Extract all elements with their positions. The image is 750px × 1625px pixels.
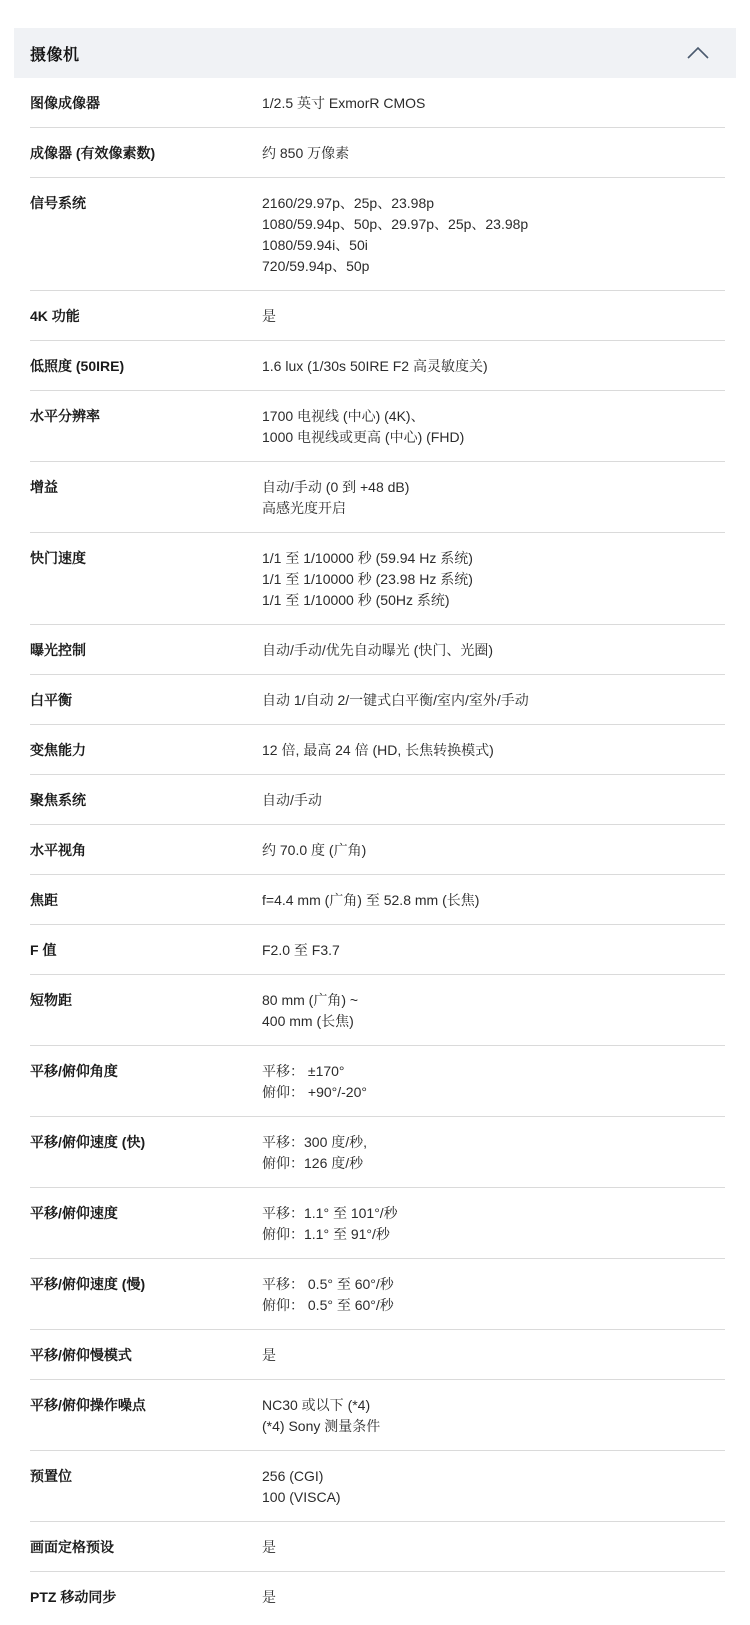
spec-values: 12 倍, 最高 24 倍 (HD, 长焦转换模式) bbox=[262, 740, 725, 761]
spec-label: 增益 bbox=[30, 477, 262, 498]
spec-value-line: 俯仰： +90°/-20° bbox=[262, 1082, 725, 1103]
spec-value-line: 1/1 至 1/10000 秒 (59.94 Hz 系统) bbox=[262, 548, 725, 569]
spec-value-line: 自动/手动 (0 到 +48 dB) bbox=[262, 477, 725, 498]
spec-label: F 值 bbox=[30, 940, 262, 961]
spec-values: 是 bbox=[262, 1587, 725, 1608]
spec-value-line: (*4) Sony 测量条件 bbox=[262, 1416, 725, 1437]
spec-row: 平移/俯仰速度 (快) 平移：300 度/秒,俯仰：126 度/秒 bbox=[30, 1117, 725, 1188]
spec-values: 1/1 至 1/10000 秒 (59.94 Hz 系统)1/1 至 1/100… bbox=[262, 548, 725, 611]
spec-row: 图像成像器 1/2.5 英寸 ExmorR CMOS bbox=[30, 78, 725, 128]
spec-values: 自动/手动 bbox=[262, 790, 725, 811]
spec-value-line: 256 (CGI) bbox=[262, 1466, 725, 1487]
spec-value-line: 俯仰：1.1° 至 91°/秒 bbox=[262, 1224, 725, 1245]
spec-value-line: NC30 或以下 (*4) bbox=[262, 1395, 725, 1416]
spec-values: 自动/手动/优先自动曝光 (快门、光圈) bbox=[262, 640, 725, 661]
spec-value-line: f=4.4 mm (广角) 至 52.8 mm (长焦) bbox=[262, 890, 725, 911]
spec-value-line: 400 mm (长焦) bbox=[262, 1011, 725, 1032]
spec-row: PTZ 移动同步 是 bbox=[30, 1572, 725, 1621]
spec-value-line: 高感光度开启 bbox=[262, 498, 725, 519]
spec-label: 平移/俯仰速度 (快) bbox=[30, 1132, 262, 1153]
spec-row: 平移/俯仰角度 平移： ±170°俯仰： +90°/-20° bbox=[30, 1046, 725, 1117]
spec-values: 80 mm (广角) ~400 mm (长焦) bbox=[262, 990, 725, 1032]
spec-value-line: 自动/手动/优先自动曝光 (快门、光圈) bbox=[262, 640, 725, 661]
spec-value-line: 80 mm (广角) ~ bbox=[262, 990, 725, 1011]
spec-values: 约 70.0 度 (广角) bbox=[262, 840, 725, 861]
section-title: 摄像机 bbox=[30, 42, 80, 65]
spec-row: 平移/俯仰慢模式 是 bbox=[30, 1330, 725, 1380]
spec-values: 自动/手动 (0 到 +48 dB)高感光度开启 bbox=[262, 477, 725, 519]
spec-values: 1.6 lux (1/30s 50IRE F2 高灵敏度关) bbox=[262, 356, 725, 377]
spec-value-line: 自动 1/自动 2/一键式白平衡/室内/室外/手动 bbox=[262, 690, 725, 711]
spec-row: F 值 F2.0 至 F3.7 bbox=[30, 925, 725, 975]
spec-value-line: 是 bbox=[262, 1537, 725, 1558]
spec-values: f=4.4 mm (广角) 至 52.8 mm (长焦) bbox=[262, 890, 725, 911]
spec-label: 快门速度 bbox=[30, 548, 262, 569]
spec-values: 平移：1.1° 至 101°/秒俯仰：1.1° 至 91°/秒 bbox=[262, 1203, 725, 1245]
spec-label: 曝光控制 bbox=[30, 640, 262, 661]
spec-label: 短物距 bbox=[30, 990, 262, 1011]
spec-row: 曝光控制 自动/手动/优先自动曝光 (快门、光圈) bbox=[30, 625, 725, 675]
spec-label: 4K 功能 bbox=[30, 306, 262, 327]
spec-value-line: 约 850 万像素 bbox=[262, 143, 725, 164]
spec-row: 信号系统 2160/29.97p、25p、23.98p1080/59.94p、5… bbox=[30, 178, 725, 291]
spec-value-line: 是 bbox=[262, 1587, 725, 1608]
spec-row: 平移/俯仰速度 平移：1.1° 至 101°/秒俯仰：1.1° 至 91°/秒 bbox=[30, 1188, 725, 1259]
spec-values: 是 bbox=[262, 1345, 725, 1366]
section-header[interactable]: 摄像机 bbox=[14, 28, 736, 78]
spec-label: 画面定格预设 bbox=[30, 1537, 262, 1558]
spec-value-line: F2.0 至 F3.7 bbox=[262, 940, 725, 961]
spec-table: 图像成像器 1/2.5 英寸 ExmorR CMOS 成像器 (有效像素数) 约… bbox=[30, 78, 725, 1621]
spec-label: 平移/俯仰角度 bbox=[30, 1061, 262, 1082]
spec-value-line: 是 bbox=[262, 1345, 725, 1366]
spec-label: 图像成像器 bbox=[30, 93, 262, 114]
spec-value-line: 是 bbox=[262, 306, 725, 327]
spec-row: 低照度 (50IRE) 1.6 lux (1/30s 50IRE F2 高灵敏度… bbox=[30, 341, 725, 391]
spec-row: 水平视角 约 70.0 度 (广角) bbox=[30, 825, 725, 875]
spec-values: 平移：300 度/秒,俯仰：126 度/秒 bbox=[262, 1132, 725, 1174]
spec-row: 白平衡 自动 1/自动 2/一键式白平衡/室内/室外/手动 bbox=[30, 675, 725, 725]
spec-label: 水平分辨率 bbox=[30, 406, 262, 427]
spec-values: NC30 或以下 (*4)(*4) Sony 测量条件 bbox=[262, 1395, 725, 1437]
spec-label: 变焦能力 bbox=[30, 740, 262, 761]
spec-row: 增益 自动/手动 (0 到 +48 dB)高感光度开启 bbox=[30, 462, 725, 533]
spec-value-line: 1700 电视线 (中心) (4K)、 bbox=[262, 406, 725, 427]
spec-values: 是 bbox=[262, 306, 725, 327]
spec-row: 预置位 256 (CGI)100 (VISCA) bbox=[30, 1451, 725, 1522]
spec-value-line: 1080/59.94p、50p、29.97p、25p、23.98p bbox=[262, 214, 725, 235]
spec-label: 信号系统 bbox=[30, 193, 262, 214]
spec-values: 是 bbox=[262, 1537, 725, 1558]
spec-label: 白平衡 bbox=[30, 690, 262, 711]
spec-value-line: 平移：1.1° 至 101°/秒 bbox=[262, 1203, 725, 1224]
spec-row: 聚焦系统 自动/手动 bbox=[30, 775, 725, 825]
spec-row: 短物距 80 mm (广角) ~400 mm (长焦) bbox=[30, 975, 725, 1046]
spec-label: 焦距 bbox=[30, 890, 262, 911]
spec-value-line: 1/1 至 1/10000 秒 (50Hz 系统) bbox=[262, 590, 725, 611]
spec-values: 平移： 0.5° 至 60°/秒俯仰： 0.5° 至 60°/秒 bbox=[262, 1274, 725, 1316]
spec-row: 变焦能力 12 倍, 最高 24 倍 (HD, 长焦转换模式) bbox=[30, 725, 725, 775]
spec-values: 2160/29.97p、25p、23.98p1080/59.94p、50p、29… bbox=[262, 193, 725, 277]
spec-value-line: 1.6 lux (1/30s 50IRE F2 高灵敏度关) bbox=[262, 356, 725, 377]
spec-label: 平移/俯仰速度 (慢) bbox=[30, 1274, 262, 1295]
spec-value-line: 平移： 0.5° 至 60°/秒 bbox=[262, 1274, 725, 1295]
spec-label: 平移/俯仰操作噪点 bbox=[30, 1395, 262, 1416]
spec-row: 4K 功能 是 bbox=[30, 291, 725, 341]
camera-spec-section: 摄像机 图像成像器 1/2.5 英寸 ExmorR CMOS 成像器 (有效像素… bbox=[0, 28, 750, 1621]
spec-value-line: 约 70.0 度 (广角) bbox=[262, 840, 725, 861]
spec-value-line: 俯仰：126 度/秒 bbox=[262, 1153, 725, 1174]
spec-value-line: 俯仰： 0.5° 至 60°/秒 bbox=[262, 1295, 725, 1316]
spec-value-line: 1000 电视线或更高 (中心) (FHD) bbox=[262, 427, 725, 448]
spec-label: 成像器 (有效像素数) bbox=[30, 143, 262, 164]
spec-value-line: 12 倍, 最高 24 倍 (HD, 长焦转换模式) bbox=[262, 740, 725, 761]
spec-values: 1/2.5 英寸 ExmorR CMOS bbox=[262, 93, 725, 114]
spec-label: 低照度 (50IRE) bbox=[30, 356, 262, 377]
spec-values: F2.0 至 F3.7 bbox=[262, 940, 725, 961]
spec-values: 自动 1/自动 2/一键式白平衡/室内/室外/手动 bbox=[262, 690, 725, 711]
spec-label: 预置位 bbox=[30, 1466, 262, 1487]
spec-value-line: 100 (VISCA) bbox=[262, 1487, 725, 1508]
spec-row: 平移/俯仰速度 (慢) 平移： 0.5° 至 60°/秒俯仰： 0.5° 至 6… bbox=[30, 1259, 725, 1330]
spec-row: 平移/俯仰操作噪点 NC30 或以下 (*4)(*4) Sony 测量条件 bbox=[30, 1380, 725, 1451]
spec-label: 平移/俯仰速度 bbox=[30, 1203, 262, 1224]
spec-page: 摄像机 图像成像器 1/2.5 英寸 ExmorR CMOS 成像器 (有效像素… bbox=[0, 0, 750, 1621]
spec-label: PTZ 移动同步 bbox=[30, 1587, 262, 1608]
spec-row: 焦距 f=4.4 mm (广角) 至 52.8 mm (长焦) bbox=[30, 875, 725, 925]
spec-row: 快门速度 1/1 至 1/10000 秒 (59.94 Hz 系统)1/1 至 … bbox=[30, 533, 725, 625]
spec-value-line: 平移：300 度/秒, bbox=[262, 1132, 725, 1153]
spec-value-line: 自动/手动 bbox=[262, 790, 725, 811]
spec-value-line: 1/1 至 1/10000 秒 (23.98 Hz 系统) bbox=[262, 569, 725, 590]
spec-value-line: 1/2.5 英寸 ExmorR CMOS bbox=[262, 93, 725, 114]
spec-values: 平移： ±170°俯仰： +90°/-20° bbox=[262, 1061, 725, 1103]
spec-value-line: 720/59.94p、50p bbox=[262, 256, 725, 277]
spec-values: 约 850 万像素 bbox=[262, 143, 725, 164]
spec-row: 画面定格预设 是 bbox=[30, 1522, 725, 1572]
spec-row: 成像器 (有效像素数) 约 850 万像素 bbox=[30, 128, 725, 178]
spec-value-line: 平移： ±170° bbox=[262, 1061, 725, 1082]
spec-row: 水平分辨率 1700 电视线 (中心) (4K)、1000 电视线或更高 (中心… bbox=[30, 391, 725, 462]
spec-values: 256 (CGI)100 (VISCA) bbox=[262, 1466, 725, 1508]
spec-values: 1700 电视线 (中心) (4K)、1000 电视线或更高 (中心) (FHD… bbox=[262, 406, 725, 448]
spec-label: 水平视角 bbox=[30, 840, 262, 861]
spec-label: 平移/俯仰慢模式 bbox=[30, 1345, 262, 1366]
spec-value-line: 2160/29.97p、25p、23.98p bbox=[262, 193, 725, 214]
spec-value-line: 1080/59.94i、50i bbox=[262, 235, 725, 256]
chevron-up-icon[interactable] bbox=[686, 46, 710, 60]
spec-label: 聚焦系统 bbox=[30, 790, 262, 811]
